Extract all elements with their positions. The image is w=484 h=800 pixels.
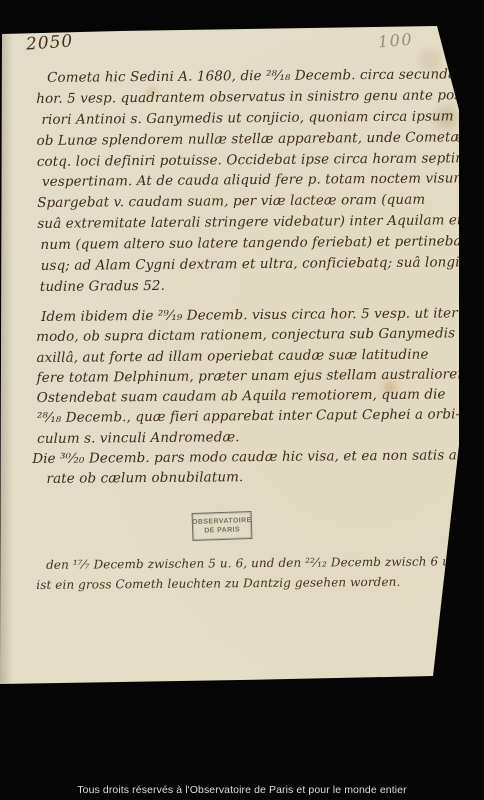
german-postscript: den ¹⁷⁄₇ Decemb zwischen 5 u. 6, und den… [36,554,446,598]
manuscript-page: 2050 100 Cometa hic Sedini A. 1680, die … [0,0,484,800]
manuscript-line: ist ein gross Cometh leuchten zu Dantzig… [36,574,446,598]
manuscript-line: tudine Gradus 52. [40,275,448,299]
manuscript-line: rate ob cælum obnubilatum. [46,468,447,492]
folio-number-right: 100 [377,30,414,52]
latin-paragraph-1: Cometa hic Sedini A. 1680, die ²⁸⁄₁₈ Dec… [36,66,448,299]
folio-number-left: 2050 [25,31,74,54]
copyright-caption: Tous droits réservés à l'Observatoire de… [0,784,484,796]
stamp-text-line2: DE PARIS [204,525,240,535]
manuscript-scan: 2050 100 Cometa hic Sedini A. 1680, die … [0,0,484,800]
latin-paragraph-2: Idem ibidem die ²⁹⁄₁₉ Decemb. visus circ… [36,305,448,491]
observatoire-de-paris-stamp: OBSERVATOIRE DE PARIS [192,511,253,541]
